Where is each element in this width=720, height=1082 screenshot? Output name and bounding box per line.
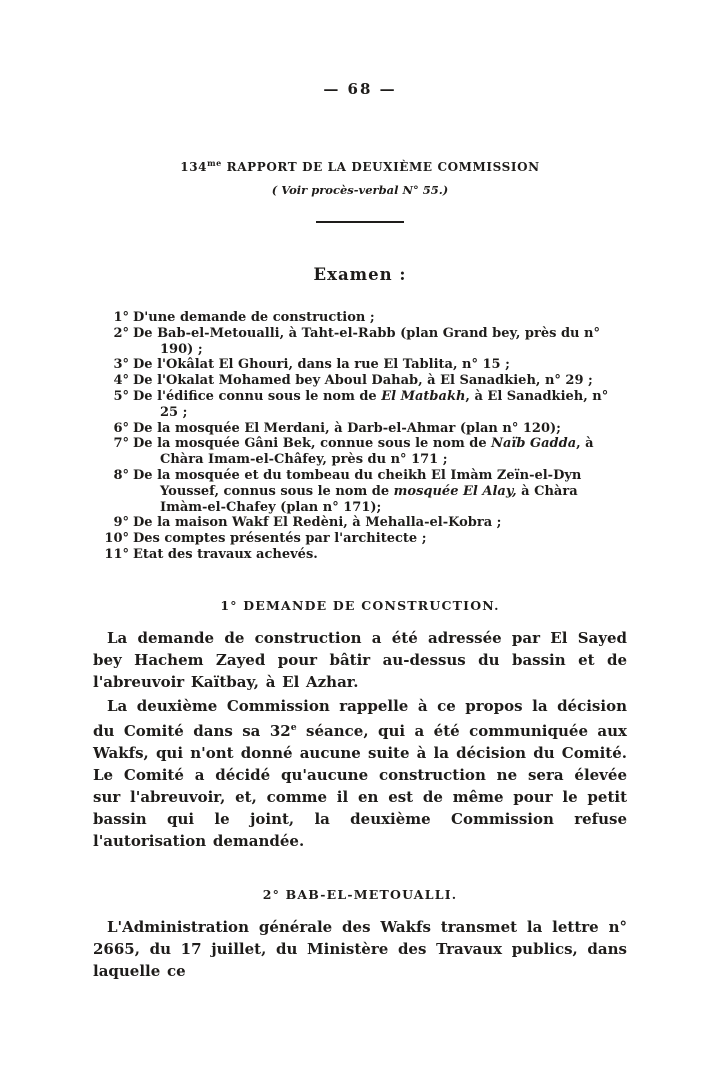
text-run: Naïb Gadda <box>491 436 576 451</box>
text-run: El Matbakh <box>381 389 465 404</box>
item-number: 5° <box>93 389 129 421</box>
item-number: 4° <box>93 373 129 389</box>
item-text: Etat des travaux achevés. <box>129 547 318 563</box>
item-text: De l'Okâlat El Ghouri, dans la rue El Ta… <box>129 357 510 373</box>
paragraph: L'Administration générale des Wakfs tran… <box>93 916 627 982</box>
text-run: De la mosquée Gâni Bek, connue sous le n… <box>133 436 491 451</box>
text-run: De Bab-el-Metoualli, à Taht-el-Rabb (pla… <box>133 326 600 357</box>
text-run: De l'Okalat Mohamed bey Aboul Dahab, à E… <box>133 373 593 388</box>
text-run: De l'édifice connu sous le nom de <box>133 389 381 404</box>
item-number: 6° <box>93 421 129 437</box>
text-run: La demande de construction a été adressé… <box>93 629 627 691</box>
item-number: 9° <box>93 515 129 531</box>
text-run: séance, qui a été communiquée aux Wakfs,… <box>93 722 627 850</box>
examen-item: 7°De la mosquée Gâni Bek, connue sous le… <box>93 436 627 468</box>
report-subtitle: ( Voir procès-verbal N° 55.) <box>93 183 627 197</box>
page-number: — 68 — <box>93 0 627 98</box>
section-heading: 1° DEMANDE DE CONSTRUCTION. <box>93 598 627 613</box>
item-text: Des comptes présentés par l'architecte ; <box>129 531 427 547</box>
examen-item: 3°De l'Okâlat El Ghouri, dans la rue El … <box>93 357 627 373</box>
examen-item: 9°De la maison Wakf El Redèni, à Mehalla… <box>93 515 627 531</box>
text-run: D'une demande de construction ; <box>133 310 375 325</box>
item-text: De la mosquée Gâni Bek, connue sous le n… <box>129 436 627 468</box>
text-run: De la mosquée El Merdani, à Darb-el-Ahma… <box>133 421 561 436</box>
item-number: 1° <box>93 310 129 326</box>
examen-item: 2°De Bab-el-Metoualli, à Taht-el-Rabb (p… <box>93 326 627 358</box>
examen-item: 10°Des comptes présentés par l'architect… <box>93 531 627 547</box>
document-page: — 68 — 134me RAPPORT DE LA DEUXIÈME COMM… <box>93 0 627 982</box>
item-number: 2° <box>93 326 129 358</box>
sections: 1° DEMANDE DE CONSTRUCTION.La demande de… <box>93 598 627 982</box>
item-number: 10° <box>93 531 129 547</box>
examen-item: 11°Etat des travaux achevés. <box>93 547 627 563</box>
section-divider-rule <box>316 221 404 223</box>
examen-item: 1°D'une demande de construction ; <box>93 310 627 326</box>
item-text: De la mosquée et du tombeau du cheikh El… <box>129 468 627 515</box>
text-run: De l'Okâlat El Ghouri, dans la rue El Ta… <box>133 357 510 372</box>
examen-item: 6°De la mosquée El Merdani, à Darb-el-Ah… <box>93 421 627 437</box>
text-run: Des comptes présentés par l'architecte ; <box>133 531 427 546</box>
text-run: RAPPORT DE LA DEUXIÈME COMMISSION <box>222 160 540 174</box>
report-title: 134me RAPPORT DE LA DEUXIÈME COMMISSION <box>93 158 627 174</box>
text-run: 134 <box>180 160 207 174</box>
examen-item: 5°De l'édifice connu sous le nom de El M… <box>93 389 627 421</box>
item-number: 7° <box>93 436 129 468</box>
item-text: D'une demande de construction ; <box>129 310 375 326</box>
examen-item: 8°De la mosquée et du tombeau du cheikh … <box>93 468 627 515</box>
section-heading: 2° BAB-EL-METOUALLI. <box>93 887 627 902</box>
item-text: De l'édifice connu sous le nom de El Mat… <box>129 389 627 421</box>
examen-list: 1°D'une demande de construction ;2°De Ba… <box>93 310 627 563</box>
item-text: De Bab-el-Metoualli, à Taht-el-Rabb (pla… <box>129 326 627 358</box>
text-run: me <box>207 158 222 168</box>
item-number: 11° <box>93 547 129 563</box>
text-run: De la maison Wakf El Redèni, à Mehalla-e… <box>133 515 501 530</box>
text-run: Etat des travaux achevés. <box>133 547 318 562</box>
item-number: 8° <box>93 468 129 515</box>
item-text: De la maison Wakf El Redèni, à Mehalla-e… <box>129 515 501 531</box>
item-text: De l'Okalat Mohamed bey Aboul Dahab, à E… <box>129 373 593 389</box>
examen-item: 4°De l'Okalat Mohamed bey Aboul Dahab, à… <box>93 373 627 389</box>
item-text: De la mosquée El Merdani, à Darb-el-Ahma… <box>129 421 561 437</box>
paragraph: La demande de construction a été adressé… <box>93 627 627 693</box>
text-run: mosquée El Alay, <box>394 484 517 499</box>
text-run: L'Administration générale des Wakfs tran… <box>93 918 627 980</box>
examen-heading: Examen : <box>93 265 627 284</box>
paragraph: La deuxième Commission rappelle à ce pro… <box>93 695 627 852</box>
item-number: 3° <box>93 357 129 373</box>
